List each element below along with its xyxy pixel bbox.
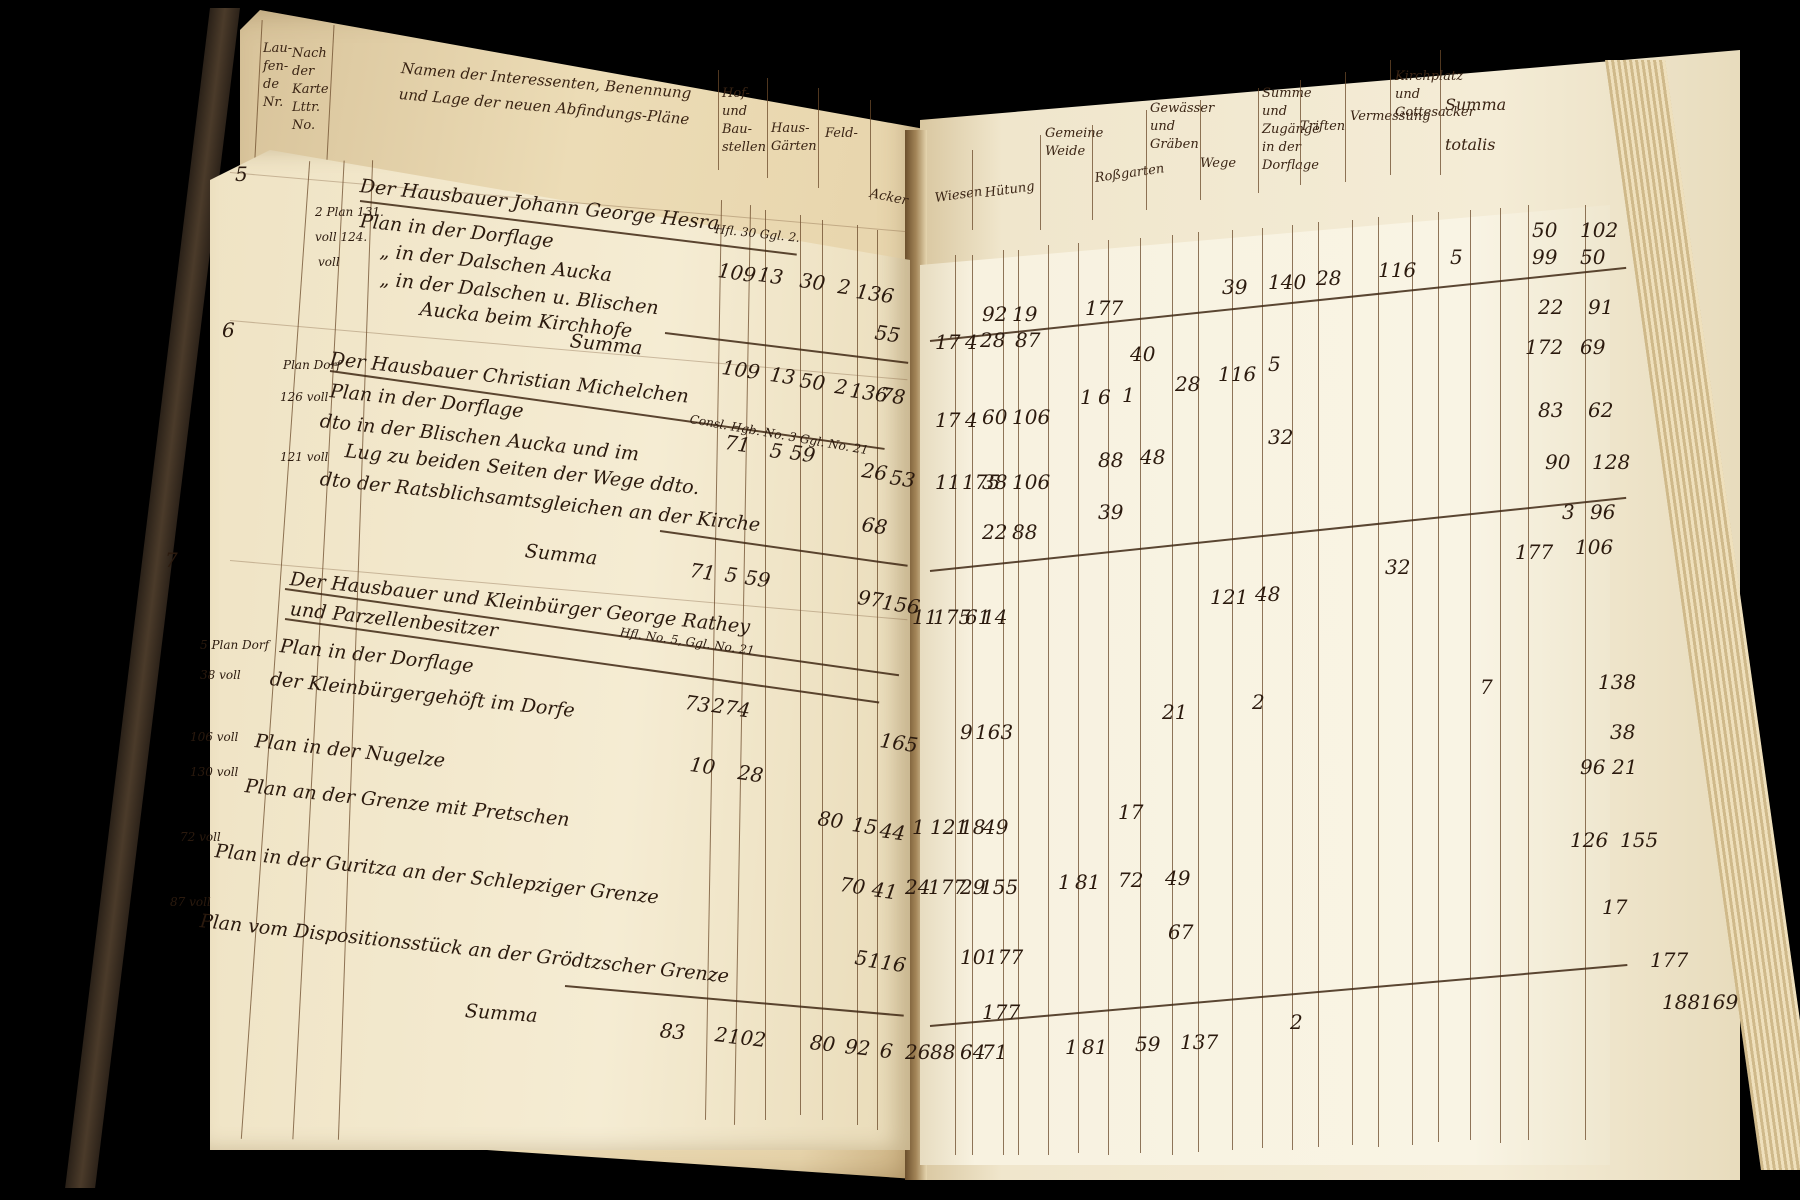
grid-line xyxy=(972,255,973,1155)
header-gewaesser: Gewässer und Gräben xyxy=(1150,100,1195,154)
entry-number: 6 xyxy=(222,318,235,342)
value: 19 xyxy=(1012,302,1037,326)
header-wege: Wege xyxy=(1200,155,1236,173)
column-divider xyxy=(1200,100,1201,200)
value: 67 xyxy=(1168,920,1193,944)
total-value: 96 xyxy=(1590,500,1615,524)
total-value: 102 xyxy=(1580,218,1618,242)
total-value: 3 xyxy=(1562,500,1575,524)
total-value: 155 xyxy=(1620,828,1658,852)
grid-line xyxy=(1108,240,1109,1155)
summa-value: 92 xyxy=(844,1034,872,1061)
value: 10 xyxy=(960,945,985,969)
grid-line xyxy=(857,225,858,1125)
total-value: 96 xyxy=(1580,755,1605,779)
value: 59 xyxy=(1135,1032,1160,1056)
value: 39 xyxy=(1098,500,1123,524)
total-value: 169 xyxy=(1700,990,1738,1014)
header-feld: Feld- xyxy=(825,125,858,143)
header-summa-totalis: Summa totalis xyxy=(1445,85,1525,165)
total-value: 22 xyxy=(1538,295,1563,319)
summa-value: 71 xyxy=(688,558,717,585)
value: 81 xyxy=(1082,1035,1107,1059)
value: 22 xyxy=(982,520,1007,544)
value: 177 xyxy=(1085,296,1123,320)
value: 17 xyxy=(935,408,960,432)
header-gemeine-weide: Gemeine Weide xyxy=(1045,125,1090,161)
grid-line xyxy=(1048,245,1049,1155)
value: 49 xyxy=(983,815,1008,839)
value: 17 xyxy=(1118,800,1143,824)
value: 1 xyxy=(1122,383,1135,407)
value: 116 xyxy=(1218,362,1256,386)
summa-value: 50 xyxy=(798,368,827,395)
column-divider xyxy=(1345,72,1346,182)
value: 32 xyxy=(1385,555,1410,579)
column-divider xyxy=(972,150,973,230)
total-value: 90 xyxy=(1545,450,1570,474)
header-triften: Triften xyxy=(1300,118,1340,136)
value: 88 xyxy=(1012,520,1037,544)
value-gaerten: 13 xyxy=(756,262,785,289)
value: 81 xyxy=(1075,870,1100,894)
grid-line xyxy=(1470,210,1471,1140)
value: 26 xyxy=(905,1040,930,1064)
value: 121 xyxy=(1210,585,1248,609)
value: 155 xyxy=(980,875,1018,899)
open-ledger-book: Lau-fen-de Nr. Nach der Karte Lttr. No. … xyxy=(0,0,1800,1200)
value: 71 xyxy=(723,430,752,457)
value: 14 xyxy=(982,605,1007,629)
header-hof-baustellen: Hof- und Bau-stellen xyxy=(722,85,767,157)
summa-value: 78 xyxy=(878,382,907,409)
grid-line xyxy=(955,255,956,1155)
column-divider xyxy=(1092,125,1093,220)
parcel-ref: 121 voll xyxy=(280,450,328,464)
value: 40 xyxy=(1130,342,1155,366)
column-divider xyxy=(767,78,768,178)
value: 70 xyxy=(838,872,867,899)
column-divider xyxy=(1300,80,1301,185)
value: 177 xyxy=(985,945,1023,969)
summa-value: 109 xyxy=(720,355,761,384)
summa-value: 13 xyxy=(768,362,797,389)
value: 1 xyxy=(912,815,925,839)
entry-number: 5 xyxy=(235,162,248,186)
value: 6 xyxy=(1098,385,1111,409)
total-value: 7 xyxy=(1480,675,1493,699)
value: 2 xyxy=(1252,690,1265,714)
total-value: 83 xyxy=(1538,398,1563,422)
value: 17 xyxy=(935,330,960,354)
total-value: 99 xyxy=(1532,245,1557,269)
grid-line xyxy=(877,230,878,1130)
value: 48 xyxy=(1140,445,1165,469)
parcel-ref: 130 voll xyxy=(190,765,238,779)
value: 44 xyxy=(878,818,907,845)
grid-line xyxy=(1500,208,1501,1143)
header-vermessung: Vermessung xyxy=(1350,108,1395,126)
value: 116 xyxy=(866,948,907,977)
value: 28 xyxy=(1175,372,1200,396)
value: 163 xyxy=(975,720,1013,744)
grid-line xyxy=(1412,215,1413,1145)
header-hausgaerten: Haus-Gärten xyxy=(771,120,816,156)
grid-line xyxy=(1262,228,1263,1148)
total-value: 91 xyxy=(1588,295,1613,319)
value: 30 xyxy=(798,268,827,295)
value: 87 xyxy=(1015,328,1040,352)
summa-value: 83 xyxy=(659,1018,687,1045)
value: 9 xyxy=(960,720,973,744)
total-value: 21 xyxy=(1612,755,1637,779)
parcel-ref: 126 voll xyxy=(280,390,328,404)
parcel-ref: 72 voll xyxy=(180,830,221,844)
value: 53 xyxy=(888,465,917,492)
value: 165 xyxy=(878,728,919,757)
total-value: 177 xyxy=(1515,540,1553,564)
grid-line xyxy=(1198,232,1199,1152)
value: 28 xyxy=(980,328,1005,352)
total-value: 128 xyxy=(1592,450,1630,474)
value: 48 xyxy=(1255,582,1280,606)
value: 55 xyxy=(873,320,902,347)
value: 177 xyxy=(982,1000,1020,1024)
value: 4 xyxy=(965,408,978,432)
value: 106 xyxy=(1012,405,1050,429)
value: 11 xyxy=(935,470,960,494)
total-value: 106 xyxy=(1575,535,1613,559)
value: 32 xyxy=(1268,425,1293,449)
value: 10 xyxy=(688,752,717,779)
value: 72 xyxy=(1118,868,1143,892)
grid-line xyxy=(1140,238,1141,1153)
value: 24 xyxy=(905,875,930,899)
total-value: 17 xyxy=(1602,895,1627,919)
column-divider xyxy=(818,88,819,188)
column-divider xyxy=(1258,88,1259,193)
value: 15 xyxy=(850,812,879,839)
value: 88 xyxy=(1098,448,1123,472)
value: 38 xyxy=(982,470,1007,494)
grid-line xyxy=(1438,212,1439,1142)
value: 92 xyxy=(982,302,1007,326)
value: 2 xyxy=(1290,1010,1303,1034)
value: 73 xyxy=(683,690,712,717)
grid-line xyxy=(1172,235,1173,1155)
value: 68 xyxy=(860,512,889,539)
grid-line xyxy=(1078,243,1079,1153)
total-value: 138 xyxy=(1598,670,1636,694)
total-value: 62 xyxy=(1588,398,1613,422)
summa-value: 59 xyxy=(743,565,772,592)
value: 4 xyxy=(965,330,978,354)
total-value: 50 xyxy=(1532,218,1557,242)
value: 39 xyxy=(1222,275,1247,299)
value: 116 xyxy=(1378,258,1416,282)
total-value: 177 xyxy=(1650,948,1688,972)
value: 28 xyxy=(736,760,765,787)
value: 88 xyxy=(930,1040,955,1064)
value: 60 xyxy=(982,405,1007,429)
parcel-ref: 38 voll xyxy=(200,668,241,682)
summa-value: 6 xyxy=(879,1038,894,1063)
summa-value: 102 xyxy=(727,1024,767,1052)
value: 18 xyxy=(960,815,985,839)
parcel-ref: 106 voll xyxy=(190,730,238,744)
parcel-ref: 5 Plan Dorf xyxy=(200,638,269,652)
total-value: 38 xyxy=(1610,720,1635,744)
total-value: 188 xyxy=(1662,990,1700,1014)
header-karte: Nach der Karte Lttr. No. xyxy=(292,45,347,135)
value: 136 xyxy=(854,279,895,308)
header-kirchplatz: Kirchplatz und Gottesacker xyxy=(1395,68,1440,122)
grid-line xyxy=(822,220,823,1120)
value: 1 xyxy=(1065,1035,1078,1059)
column-divider xyxy=(1040,135,1041,230)
value: 140 xyxy=(1268,270,1306,294)
column-divider xyxy=(1440,50,1441,175)
column-divider xyxy=(1390,60,1391,175)
value: 74 xyxy=(723,695,752,722)
grid-line xyxy=(1318,222,1319,1147)
value: 106 xyxy=(1012,470,1050,494)
value: 71 xyxy=(982,1040,1007,1064)
summa-value: 80 xyxy=(809,1030,837,1057)
total-value: 126 xyxy=(1570,828,1608,852)
column-divider xyxy=(1146,110,1147,210)
value: 28 xyxy=(1316,266,1341,290)
grid-line xyxy=(1378,217,1379,1147)
value: 41 xyxy=(870,877,899,904)
value: 59 xyxy=(788,440,817,467)
grid-line xyxy=(1352,220,1353,1145)
value: 5 xyxy=(1268,352,1281,376)
value: 1 xyxy=(1080,385,1093,409)
value: 80 xyxy=(816,806,845,833)
value: 26 xyxy=(860,458,889,485)
total-value: 172 xyxy=(1525,335,1563,359)
value: 137 xyxy=(1180,1030,1218,1054)
value: 21 xyxy=(1162,700,1187,724)
parcel-ref: voll xyxy=(318,255,340,269)
total-value: 69 xyxy=(1580,335,1605,359)
entry-number: 7 xyxy=(165,548,178,572)
value: 49 xyxy=(1165,866,1190,890)
parcel-ref: 87 voll xyxy=(170,895,211,909)
value-hof: 109 xyxy=(716,258,757,287)
value: 1 xyxy=(1058,870,1071,894)
total-value: 50 xyxy=(1580,245,1605,269)
value: 5 xyxy=(1450,245,1463,269)
